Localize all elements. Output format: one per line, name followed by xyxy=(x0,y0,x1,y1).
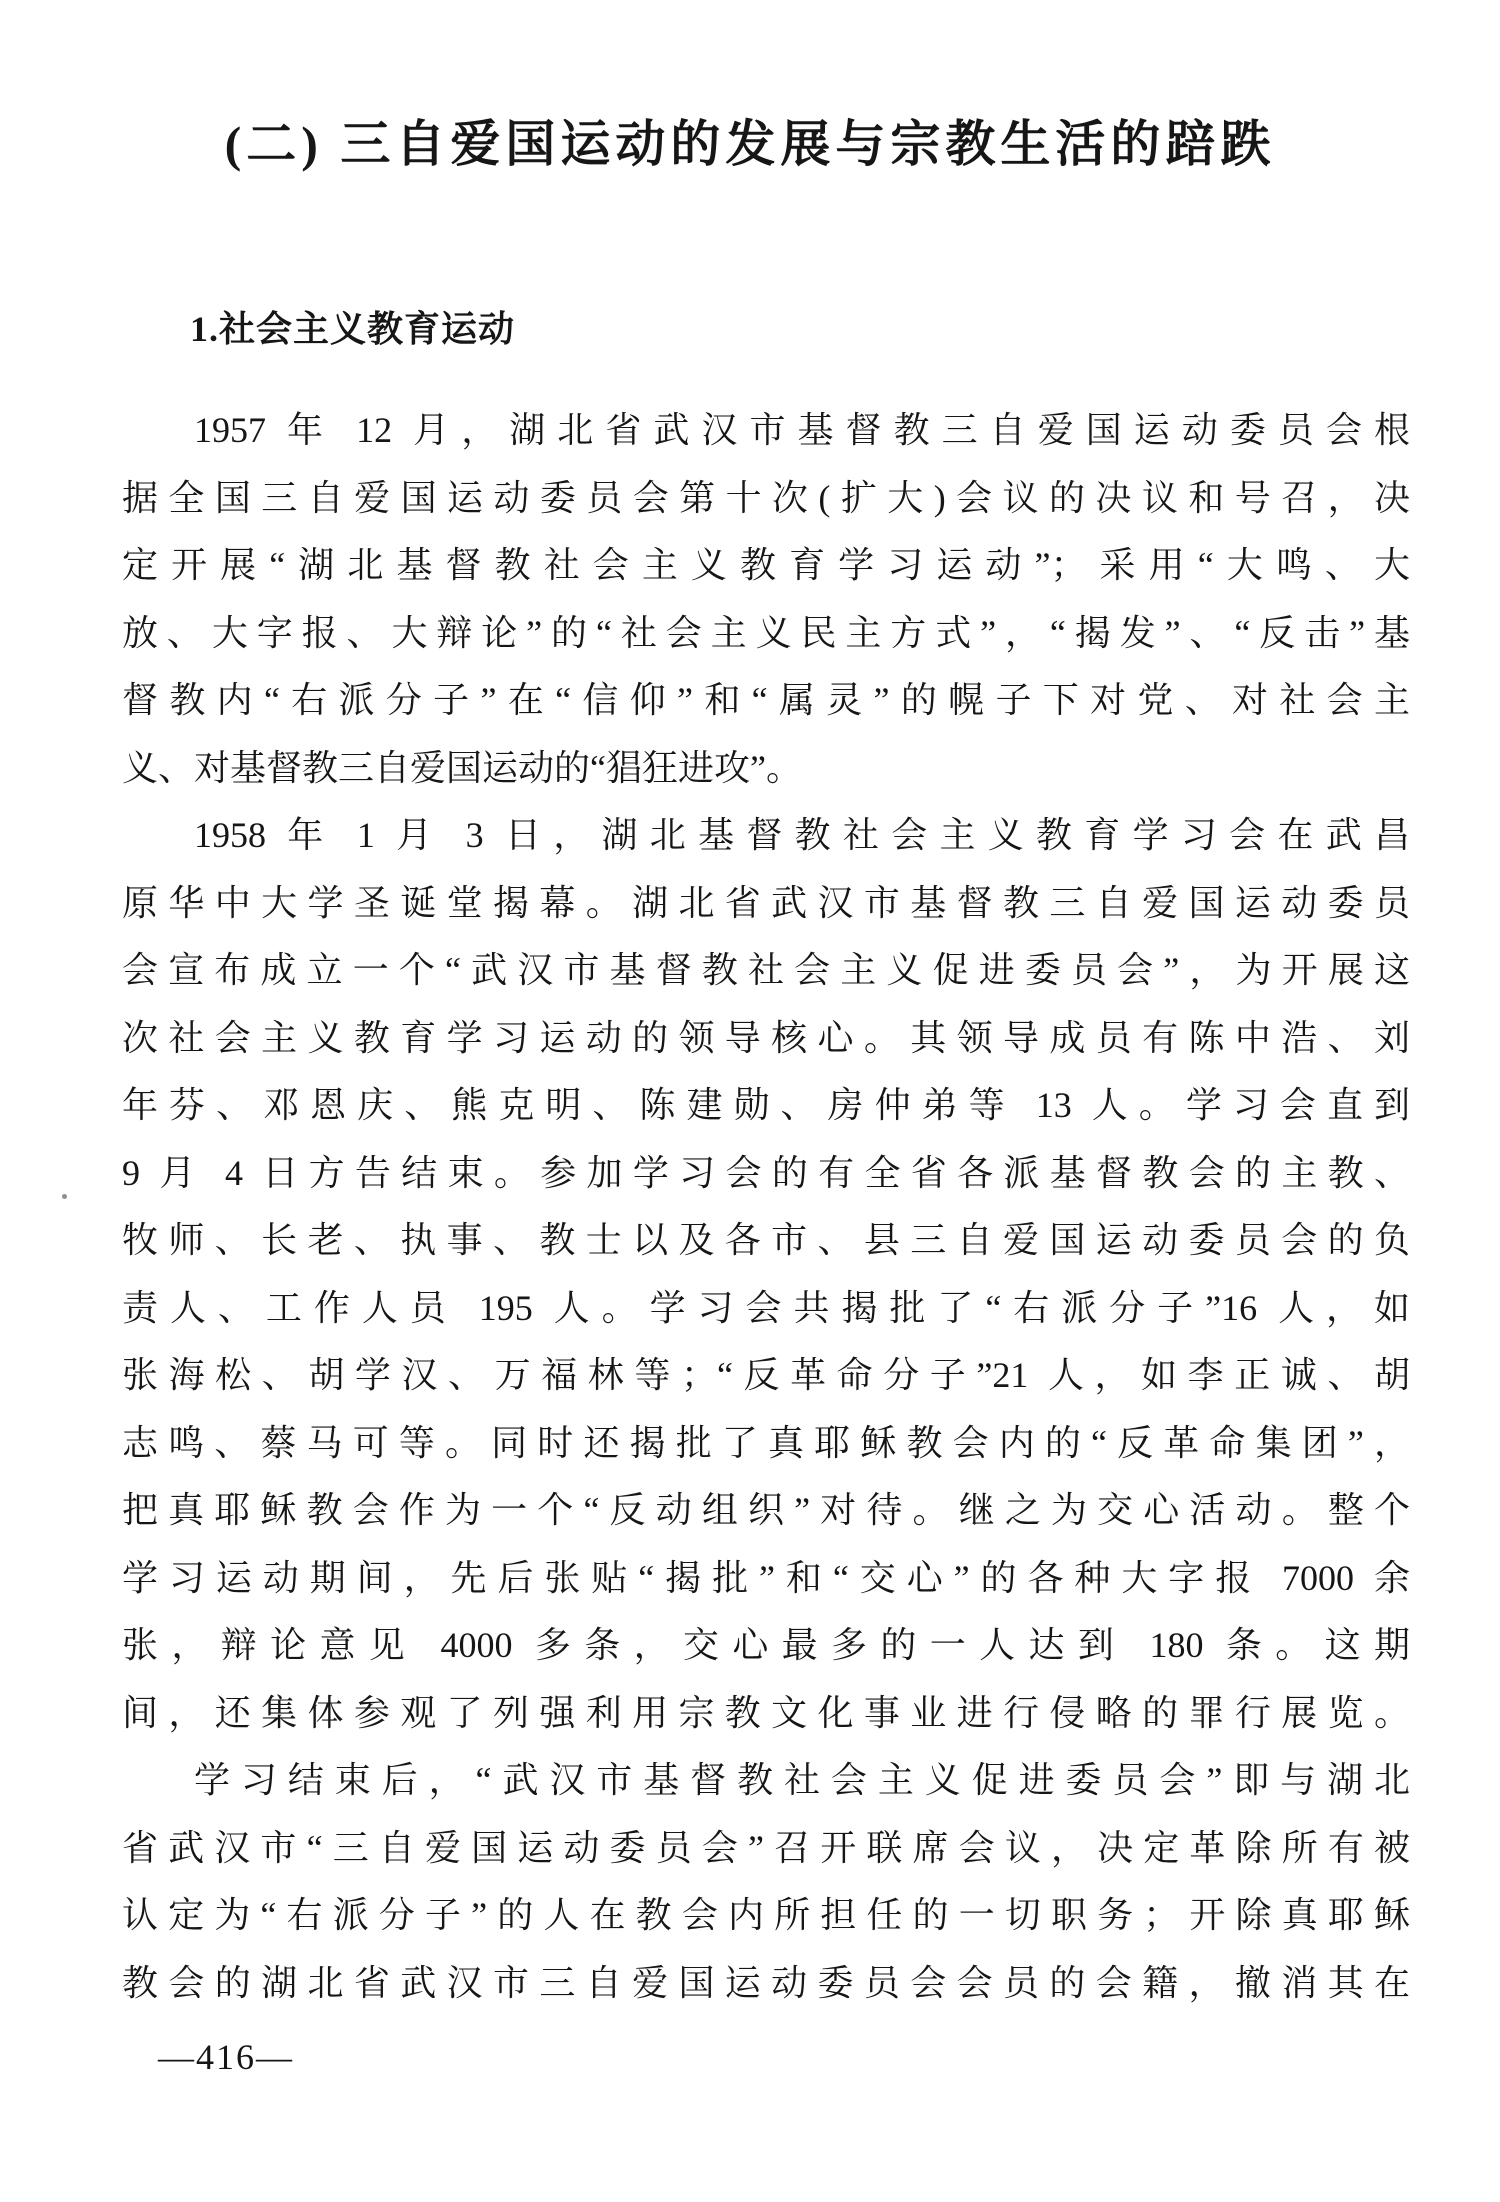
text-line: 次社会主义教育学习运动的领导核心。其领导成员有陈中浩、刘 xyxy=(122,1005,1410,1073)
text-line: 义、对基督教三自爱国运动的“猖狂进攻”。 xyxy=(122,735,1410,803)
text-line: 省武汉市“三自爱国运动委员会”召开联席会议，决定革除所有被 xyxy=(122,1815,1410,1883)
text-line: 原华中大学圣诞堂揭幕。湖北省武汉市基督教三自爱国运动委员 xyxy=(122,870,1410,938)
text-line: 会宣布成立一个“武汉市基督教社会主义促进委员会”，为开展这 xyxy=(122,937,1410,1005)
text-line: 9 月 4 日方告结束。参加学习会的有全省各派基督教会的主教、 xyxy=(122,1140,1410,1208)
text-line: 责人、工作人员 195 人。学习会共揭批了“右派分子”16 人，如 xyxy=(122,1275,1410,1343)
text-line: 放、大字报、大辩论”的“社会主义民主方式”，“揭发”、“反击”基 xyxy=(122,600,1410,668)
document-page: (二) 三自爱国运动的发展与宗教生活的踣跌 1.社会主义教育运动 1957 年 … xyxy=(0,0,1500,2202)
text-line: 张海松、胡学汉、万福林等；“反革命分子”21 人，如李正诚、胡 xyxy=(122,1342,1410,1410)
text-line: 教会的湖北省武汉市三自爱国运动委员会会员的会籍，撤消其在 xyxy=(122,1950,1410,2018)
text-line: 志鸣、蔡马可等。同时还揭批了真耶稣教会内的“反革命集团”， xyxy=(122,1410,1410,1478)
scan-artifact-dot xyxy=(62,1194,67,1199)
body-text: 1957 年 12 月，湖北省武汉市基督教三自爱国运动委员会根 据全国三自爱国运… xyxy=(122,397,1410,2017)
text-line: 年芬、邓恩庆、熊克明、陈建勋、房仲弟等 13 人。学习会直到 xyxy=(122,1072,1410,1140)
text-line: 1958 年 1 月 3 日，湖北基督教社会主义教育学习会在武昌 xyxy=(122,802,1410,870)
text-line: 把真耶稣教会作为一个“反动组织”对待。继之为交心活动。整个 xyxy=(122,1477,1410,1545)
text-line: 认定为“右派分子”的人在教会内所担任的一切职务；开除真耶稣 xyxy=(122,1882,1410,1950)
text-line: 1957 年 12 月，湖北省武汉市基督教三自爱国运动委员会根 xyxy=(122,397,1410,465)
chapter-title: (二) 三自爱国运动的发展与宗教生活的踣跌 xyxy=(0,104,1500,176)
page-number: —416— xyxy=(158,2036,294,2078)
text-line: 学习结束后，“武汉市基督教社会主义促进委员会”即与湖北 xyxy=(122,1747,1410,1815)
text-line: 学习运动期间，先后张贴“揭批”和“交心”的各种大字报 7000 余 xyxy=(122,1545,1410,1613)
text-line: 定开展“湖北基督教社会主义教育学习运动”；采用“大鸣、大 xyxy=(122,532,1410,600)
section-heading: 1.社会主义教育运动 xyxy=(190,301,515,352)
text-line: 据全国三自爱国运动委员会第十次(扩大)会议的决议和号召，决 xyxy=(122,465,1410,533)
text-line: 牧师、长老、执事、教士以及各市、县三自爱国运动委员会的负 xyxy=(122,1207,1410,1275)
text-line: 张，辩论意见 4000 多条，交心最多的一人达到 180 条。这期 xyxy=(122,1612,1410,1680)
text-line: 督教内“右派分子”在“信仰”和“属灵”的幌子下对党、对社会主 xyxy=(122,667,1410,735)
text-line: 间，还集体参观了列强利用宗教文化事业进行侵略的罪行展览。 xyxy=(122,1680,1410,1748)
